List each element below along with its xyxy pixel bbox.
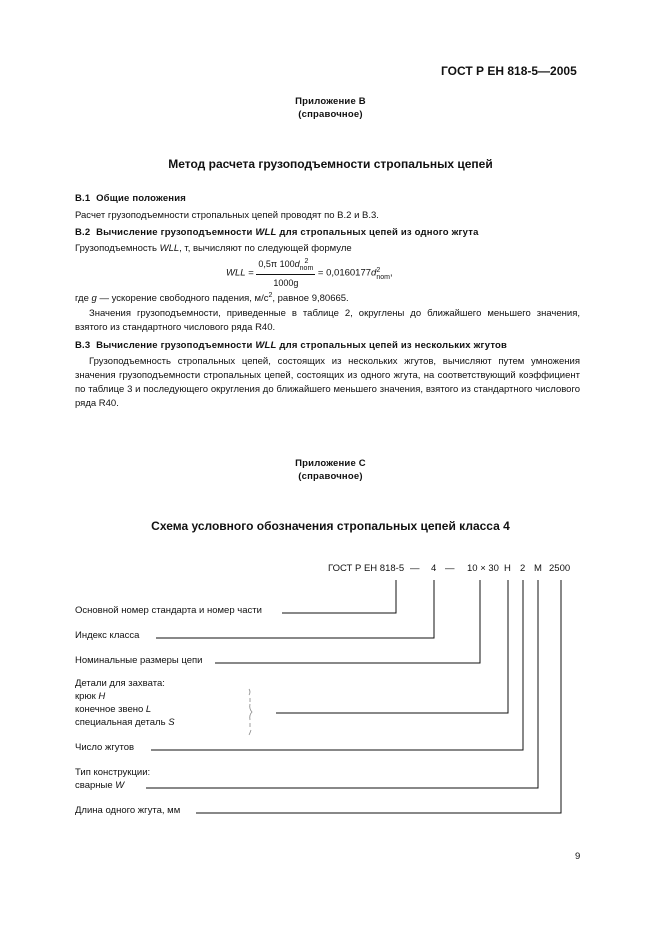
label-size: Номинальные размеры цепи — [75, 655, 202, 666]
label-length: Длина одного жгута, мм — [75, 805, 180, 816]
label-class: Индекс класса — [75, 630, 139, 641]
page-number: 9 — [575, 851, 580, 862]
label-legs: Число жгутов — [75, 742, 134, 753]
label-standard: Основной номер стандарта и номер части — [75, 605, 262, 616]
brace-icon — [249, 689, 252, 735]
label-details-title: Детали для захвата: — [75, 678, 165, 689]
label-detail-special: специальная деталь S — [75, 717, 175, 728]
label-detail-link: конечное звено L — [75, 704, 151, 715]
label-type-title: Тип конструкции: — [75, 767, 150, 778]
label-detail-hook: крюк H — [75, 691, 105, 702]
label-type-welded: сварные W — [75, 780, 124, 791]
designation-leader-lines — [0, 0, 661, 936]
